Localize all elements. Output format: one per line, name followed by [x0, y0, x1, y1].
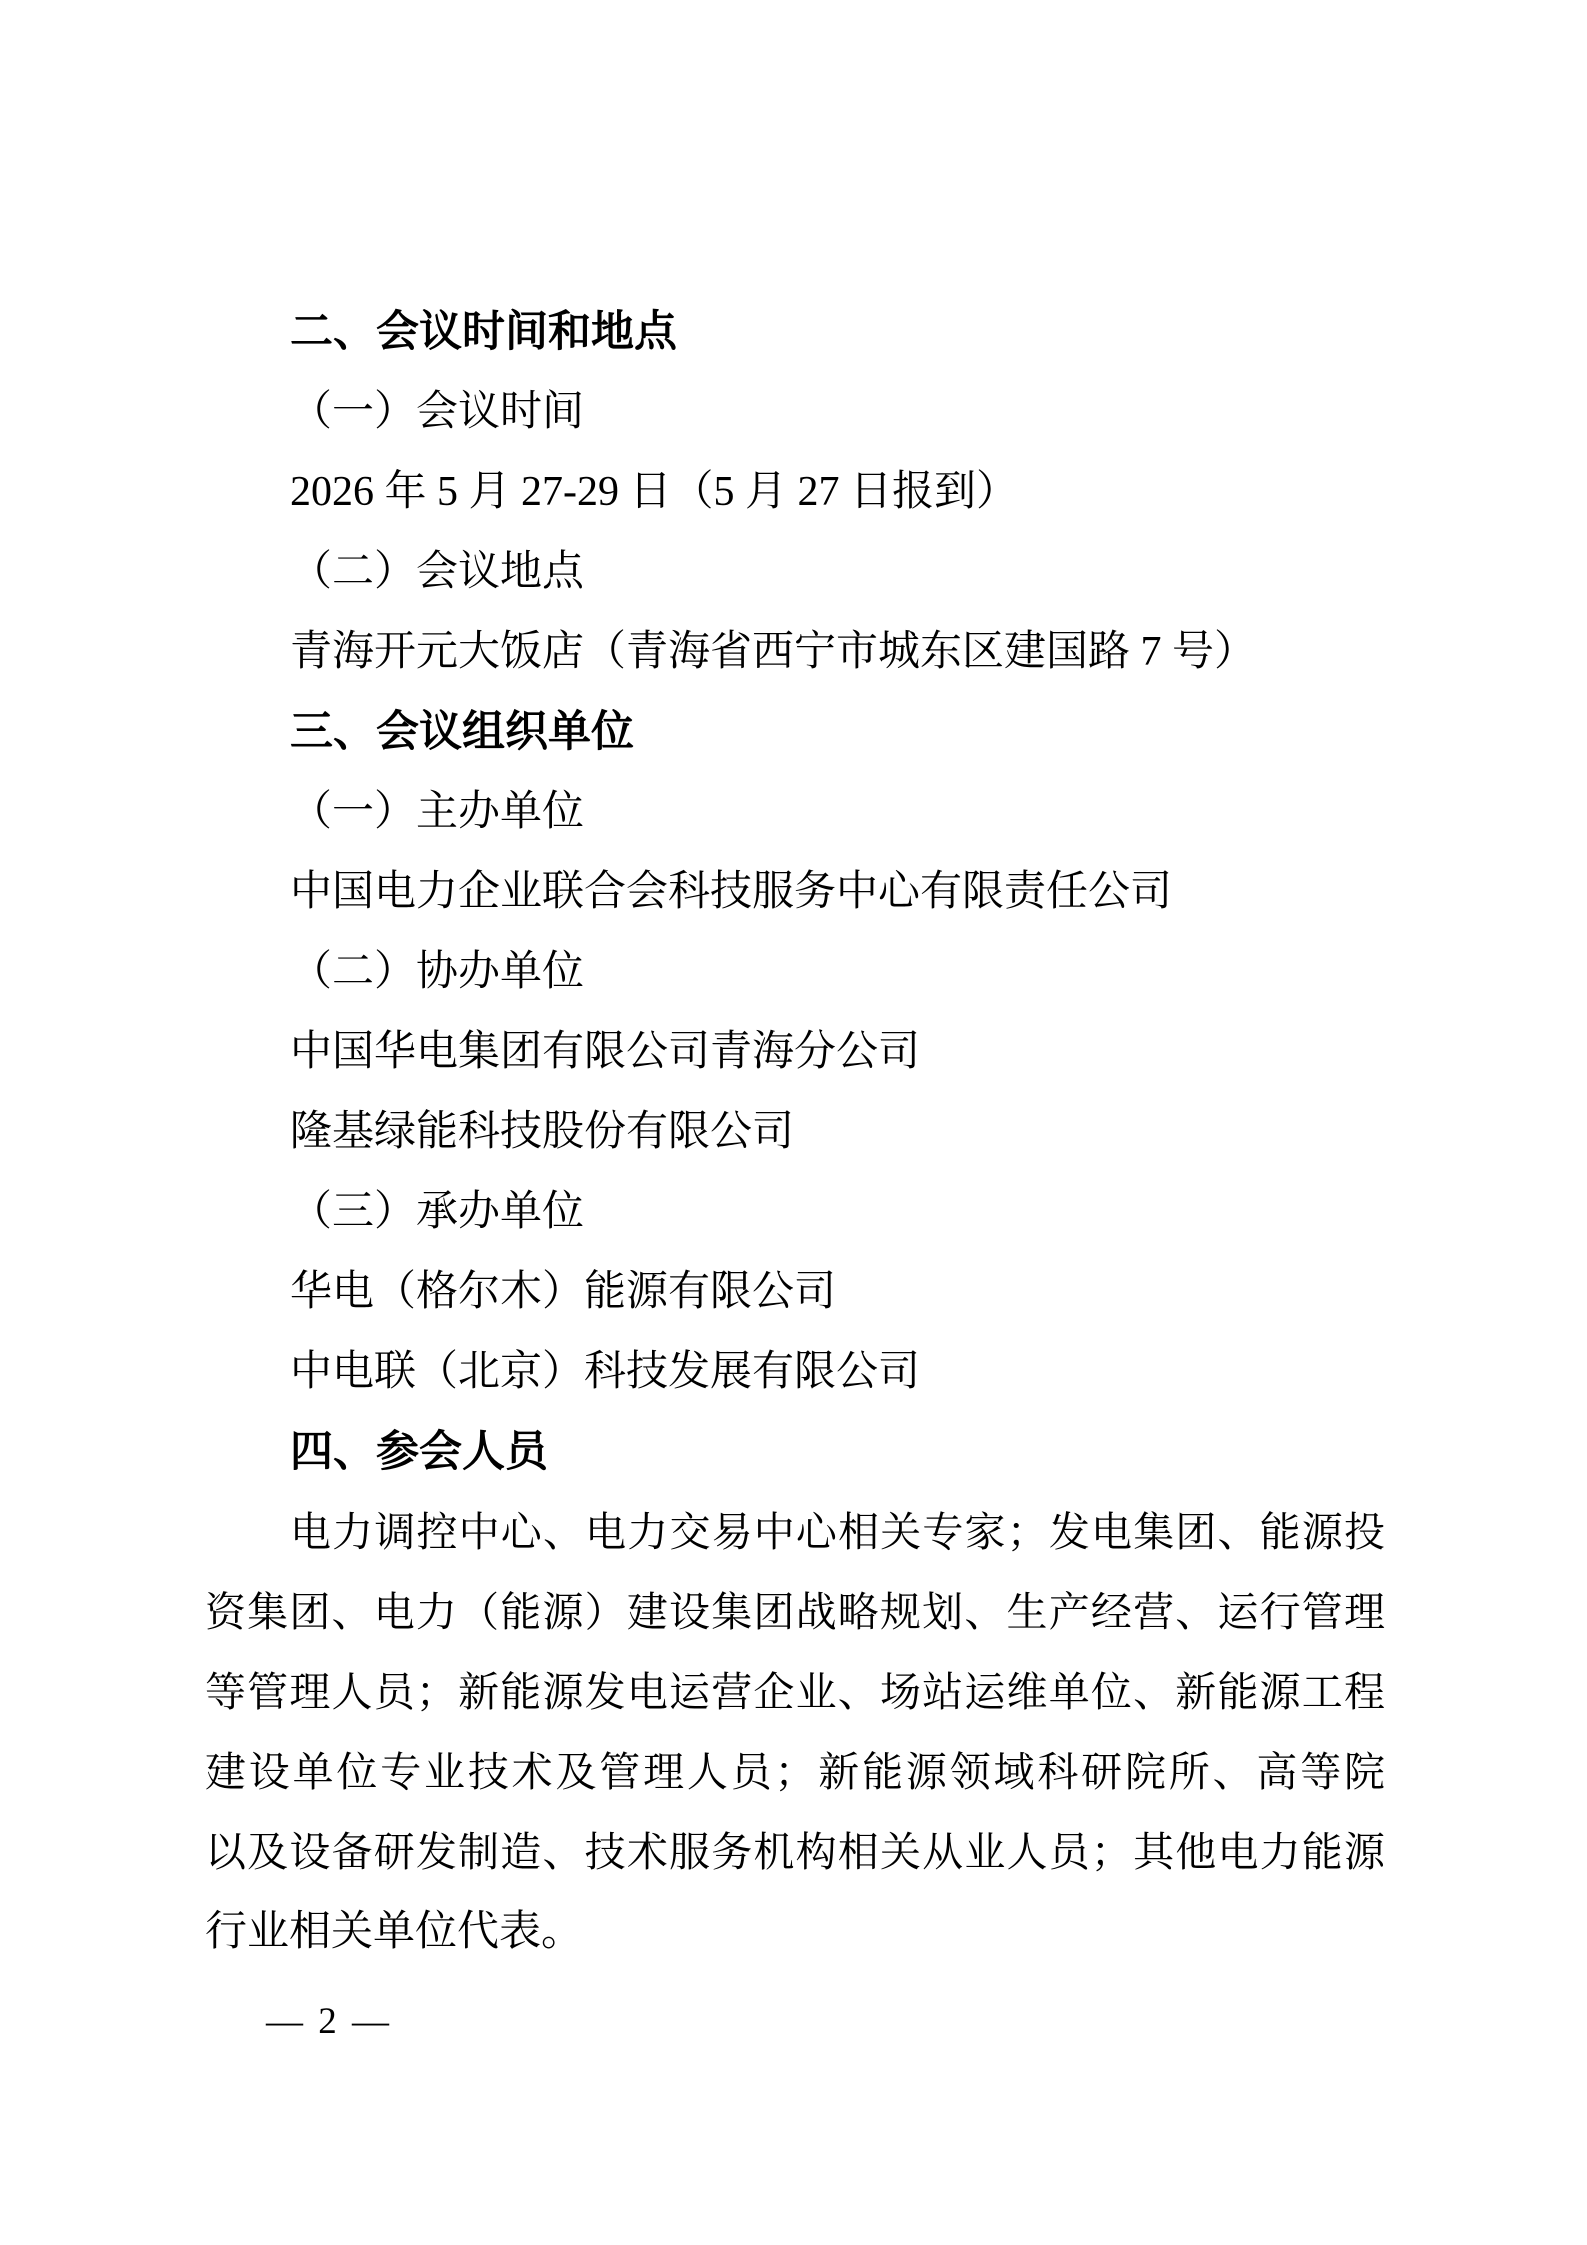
- subsection-heading-cohost-unit: （二）协办单位: [205, 932, 1385, 1012]
- body-line-cohost-unit-2: 隆基绿能科技股份有限公司: [205, 1092, 1385, 1172]
- body-line-meeting-venue: 青海开元大饭店（青海省西宁市城东区建国路 7 号）: [205, 612, 1385, 692]
- section-heading-meeting-time-place: 二、会议时间和地点: [205, 292, 1385, 372]
- body-line-organizer-unit-2: 中电联（北京）科技发展有限公司: [205, 1332, 1385, 1412]
- body-line-meeting-time: 2026 年 5 月 27-29 日（5 月 27 日报到）: [205, 452, 1385, 532]
- body-line-host-unit: 中国电力企业联合会科技服务中心有限责任公司: [205, 852, 1385, 932]
- paragraph-line: 电力调控中心、电力交易中心相关专家；发电集团、能源投: [205, 1492, 1385, 1572]
- subsection-heading-meeting-time: （一）会议时间: [205, 372, 1385, 452]
- subsection-heading-host-unit: （一）主办单位: [205, 772, 1385, 852]
- paragraph-line: 建设单位专业技术及管理人员；新能源领域科研院所、高等院校，: [205, 1732, 1385, 1812]
- paragraph-line: 行业相关单位代表。: [205, 1892, 1385, 1972]
- body-line-organizer-unit-1: 华电（格尔木）能源有限公司: [205, 1252, 1385, 1332]
- page-number: — 2 —: [266, 1999, 392, 2045]
- document-body: 二、会议时间和地点 （一）会议时间 2026 年 5 月 27-29 日（5 月…: [205, 292, 1385, 1972]
- subsection-heading-organizer-unit: （三）承办单位: [205, 1172, 1385, 1252]
- paragraph-line: 以及设备研发制造、技术服务机构相关从业人员；其他电力能源: [205, 1812, 1385, 1892]
- section-heading-participants: 四、参会人员: [205, 1412, 1385, 1492]
- section-heading-organizers: 三、会议组织单位: [205, 692, 1385, 772]
- document-page: 二、会议时间和地点 （一）会议时间 2026 年 5 月 27-29 日（5 月…: [0, 0, 1587, 2245]
- paragraph-line: 资集团、电力（能源）建设集团战略规划、生产经营、运行管理: [205, 1572, 1385, 1652]
- body-line-cohost-unit-1: 中国华电集团有限公司青海分公司: [205, 1012, 1385, 1092]
- paragraph-line: 等管理人员；新能源发电运营企业、场站运维单位、新能源工程: [205, 1652, 1385, 1732]
- subsection-heading-meeting-place: （二）会议地点: [205, 532, 1385, 612]
